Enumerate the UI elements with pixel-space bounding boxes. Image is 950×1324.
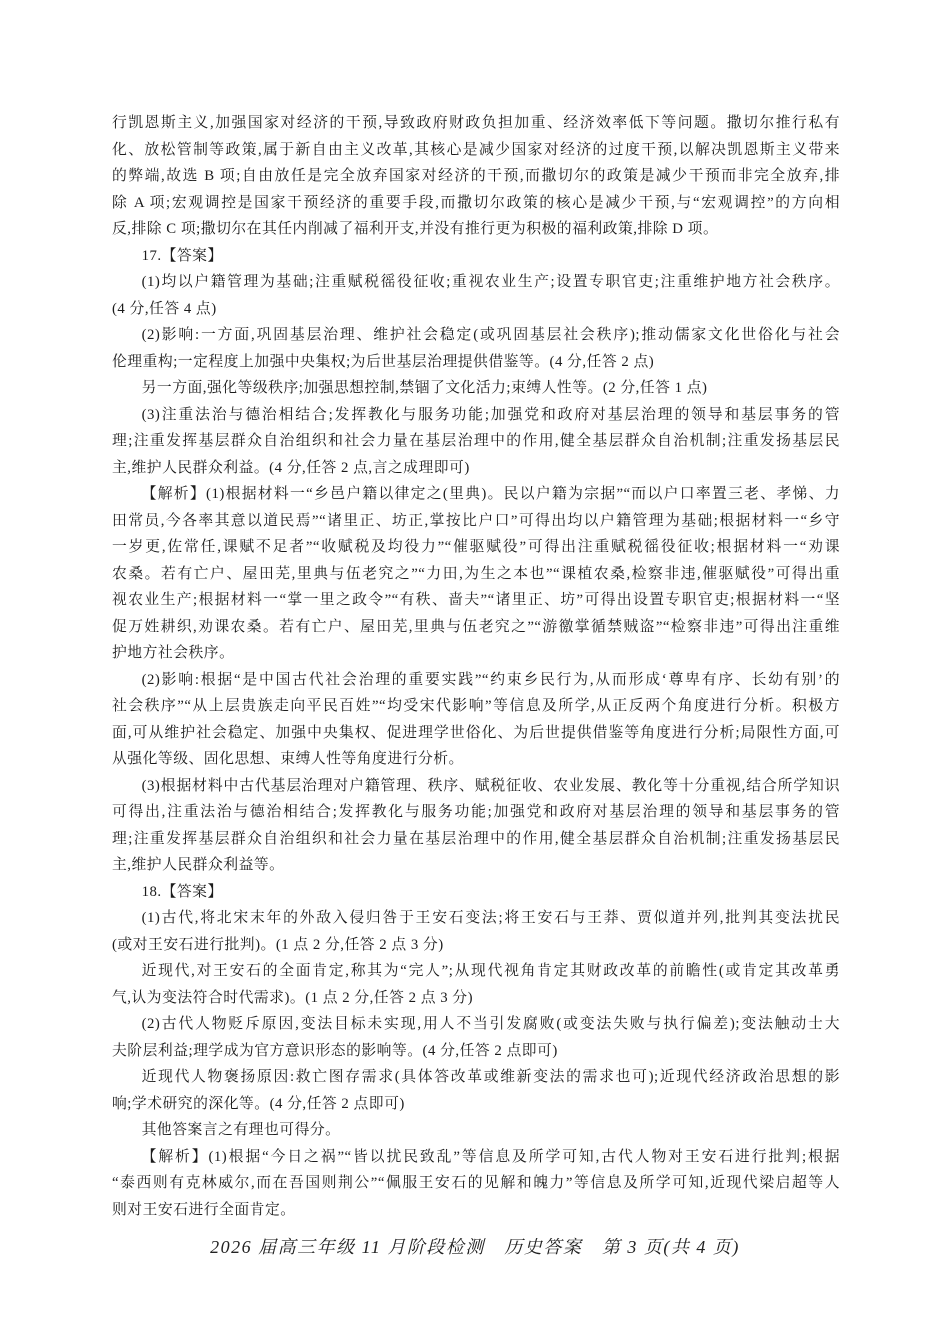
text-line: 的弊端,故选 B 项;自由放任是完全放弃国家对经济的干预,而撒切尔的政策是减少干… — [112, 163, 840, 190]
text-line: (1)均以户籍管理为基础;注重赋税徭役征收;重视农业生产;设置专职官吏;注重维护… — [112, 269, 840, 296]
text-line: 促万姓耕织,劝课农桑。若有亡户、屋田芜,里典与伍老究之”“游徼掌循禁贼盗”“检察… — [112, 614, 840, 641]
text-line: (或对王安石进行批判)。(1 点 2 分,任答 2 点 3 分) — [112, 932, 840, 959]
text-line: 从强化等级、固化思想、束缚人性等角度进行分析。 — [112, 746, 840, 773]
text-line: (2)古代人物贬斥原因,变法目标未实现,用人不当引发腐败(或变法失败与执行偏差)… — [112, 1011, 840, 1038]
text-line: 近现代人物褒扬原因:救亡图存需求(具体答改革或维新变法的需求也可);近现代经济政… — [112, 1064, 840, 1091]
text-line: 除 A 项;宏观调控是国家干预经济的重要手段,而撒切尔政策的核心是减少干预,与“… — [112, 190, 840, 217]
text-line: 面,可从维护社会稳定、加强中央集权、促进理学世俗化、为后世提供借鉴等角度进行分析… — [112, 720, 840, 747]
text-line: (2)影响:根据“是中国古代社会治理的重要实践”“约束乡民行为,从而形成‘尊卑有… — [112, 667, 840, 694]
text-line: (2)影响:一方面,巩固基层治理、维护社会稳定(或巩固基层社会秩序);推动儒家文… — [112, 322, 840, 349]
answer-sheet-page: 行凯恩斯主义,加强国家对经济的干预,导致政府财政负担加重、经济效率低下等问题。撒… — [0, 0, 950, 1324]
text-line: 视农业生产;根据材料一“掌一里之政令”“有秩、啬夫”“诸里正、坊”可得出设置专职… — [112, 587, 840, 614]
text-line: 其他答案言之有理也可得分。 — [112, 1117, 840, 1144]
text-line: 田常员,今各率其意以道民焉”“诸里正、坊正,掌按比户口”可得出均以户籍管理为基础… — [112, 508, 840, 535]
text-line: (3)根据材料中古代基层治理对户籍管理、秩序、赋税征收、农业发展、教化等十分重视… — [112, 773, 840, 800]
text-line: 农桑。若有亡户、屋田芜,里典与伍老究之”“力田,为生之本也”“课植农桑,检察非违… — [112, 561, 840, 588]
text-line: “泰西则有克林威尔,而在吾国则荆公”“佩服王安石的见解和魄力”等信息及所学可知,… — [112, 1170, 840, 1197]
text-line: 则对王安石进行全面肯定。 — [112, 1197, 840, 1224]
text-line: 【解析】(1)根据材料一“乡邑户籍以律定之(里典)。民以户籍为宗据”“而以户口率… — [112, 481, 840, 508]
text-line: 一岁更,佐常任,课赋不足者”“收赋税及均役力”“催驱赋役”可得出注重赋税徭役征收… — [112, 534, 840, 561]
text-line: 理;注重发挥基层群众自治组织和社会力量在基层治理中的作用,健全基层群众自治机制;… — [112, 428, 840, 455]
text-line: 护地方社会秩序。 — [112, 640, 840, 667]
text-line: 行凯恩斯主义,加强国家对经济的干预,导致政府财政负担加重、经济效率低下等问题。撒… — [112, 110, 840, 137]
text-line: 18.【答案】 — [112, 879, 840, 906]
document-body: 行凯恩斯主义,加强国家对经济的干预,导致政府财政负担加重、经济效率低下等问题。撒… — [112, 110, 840, 1223]
text-line: 主,维护人民群众利益等。 — [112, 852, 840, 879]
text-line: 主,维护人民群众利益。(4 分,任答 2 点,言之成理即可) — [112, 455, 840, 482]
text-line: 社会秩序”“从上层贵族走向平民百姓”“均受宋代影响”等信息及所学,从正反两个角度… — [112, 693, 840, 720]
text-line: 反,排除 C 项;撒切尔在其任内削减了福利开支,并没有推行更为积极的福利政策,排… — [112, 216, 840, 243]
text-line: 【解析】(1)根据“今日之祸”“皆以扰民致乱”等信息及所学可知,古代人物对王安石… — [112, 1144, 840, 1171]
text-line: (3)注重法治与德治相结合;发挥教化与服务功能;加强党和政府对基层治理的领导和基… — [112, 402, 840, 429]
text-line: 可得出,注重法治与德治相结合;发挥教化与服务功能;加强党和政府对基层治理的领导和… — [112, 799, 840, 826]
text-line: 气,认为变法符合时代需求)。(1 点 2 分,任答 2 点 3 分) — [112, 985, 840, 1012]
text-line: 理;注重发挥基层群众自治组织和社会力量在基层治理中的作用,健全基层群众自治机制;… — [112, 826, 840, 853]
text-line: (4 分,任答 4 点) — [112, 296, 840, 323]
page-footer: 2026 届高三年级 11 月阶段检测 历史答案 第 3 页(共 4 页) — [0, 1233, 950, 1259]
text-line: 近现代,对王安石的全面肯定,称其为“完人”;从现代视角肯定其财政改革的前瞻性(或… — [112, 958, 840, 985]
text-line: 夫阶层利益;理学成为官方意识形态的影响等。(4 分,任答 2 点即可) — [112, 1038, 840, 1065]
text-line: 另一方面,强化等级秩序;加强思想控制,禁锢了文化活力;束缚人性等。(2 分,任答… — [112, 375, 840, 402]
text-line: 化、放松管制等政策,属于新自由主义改革,其核心是减少国家对经济的过度干预,以解决… — [112, 137, 840, 164]
text-line: 伦理重构;一定程度上加强中央集权;为后世基层治理提供借鉴等。(4 分,任答 2 … — [112, 349, 840, 376]
text-line: 响;学术研究的深化等。(4 分,任答 2 点即可) — [112, 1091, 840, 1118]
text-line: 17.【答案】 — [112, 243, 840, 270]
text-line: (1)古代,将北宋末年的外敌入侵归咎于王安石变法;将王安石与王莽、贾似道并列,批… — [112, 905, 840, 932]
